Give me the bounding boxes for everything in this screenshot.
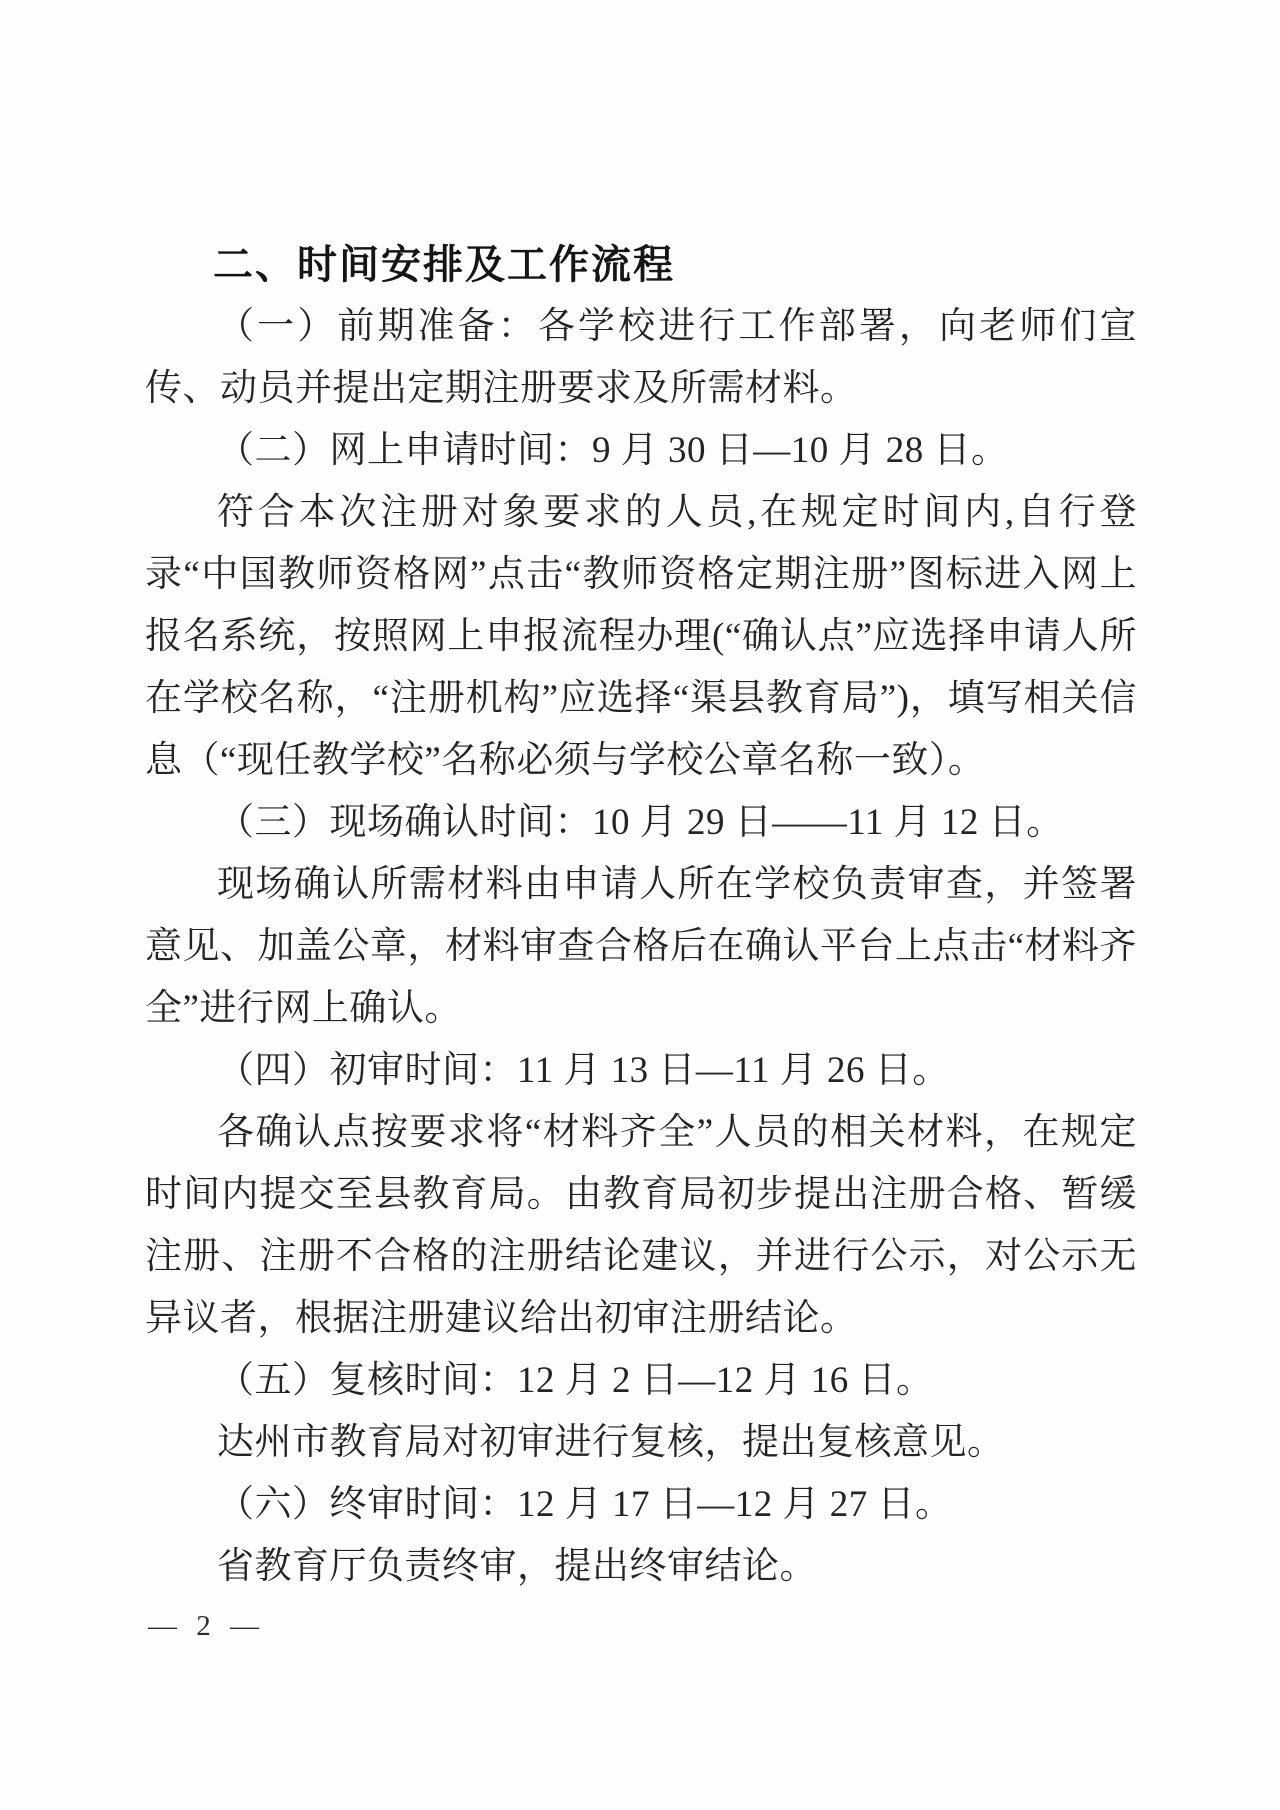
paragraph-first-review-detail: 各确认点按要求将“材料齐全”人员的相关材料，在规定时间内提交至县教育局。由教育局… [145,1102,1137,1350]
paragraph-first-review-time: （四）初审时间：11 月 13 日—11 月 26 日。 [145,1040,1137,1102]
paragraph-recheck-detail: 达州市教育局对初审进行复核，提出复核意见。 [145,1412,1137,1474]
document-body: 二、时间安排及工作流程 （一）前期准备：各学校进行工作部署，向老师们宣传、动员并… [145,234,1137,1598]
document-page: 二、时间安排及工作流程 （一）前期准备：各学校进行工作部署，向老师们宣传、动员并… [0,0,1280,1810]
paragraph-online-apply-detail: 符合本次注册对象要求的人员,在规定时间内,自行登录“中国教师资格网”点击“教师资… [145,482,1137,792]
paragraph-preparation: （一）前期准备：各学校进行工作部署，向老师们宣传、动员并提出定期注册要求及所需材… [145,296,1137,420]
paragraph-recheck-time: （五）复核时间：12 月 2 日—12 月 16 日。 [145,1350,1137,1412]
section-heading: 二、时间安排及工作流程 [213,234,1137,296]
paragraph-final-review-time: （六）终审时间：12 月 17 日—12 月 27 日。 [145,1474,1137,1536]
page-number: — 2 — [148,1606,265,1646]
paragraph-onsite-confirm-time: （三）现场确认时间：10 月 29 日——11 月 12 日。 [145,792,1137,854]
paragraph-onsite-confirm-detail: 现场确认所需材料由申请人所在学校负责审查，并签署意见、加盖公章，材料审查合格后在… [145,854,1137,1040]
paragraph-online-apply-time: （二）网上申请时间：9 月 30 日—10 月 28 日。 [145,420,1137,482]
paragraph-final-review-detail: 省教育厅负责终审，提出终审结论。 [145,1536,1137,1598]
